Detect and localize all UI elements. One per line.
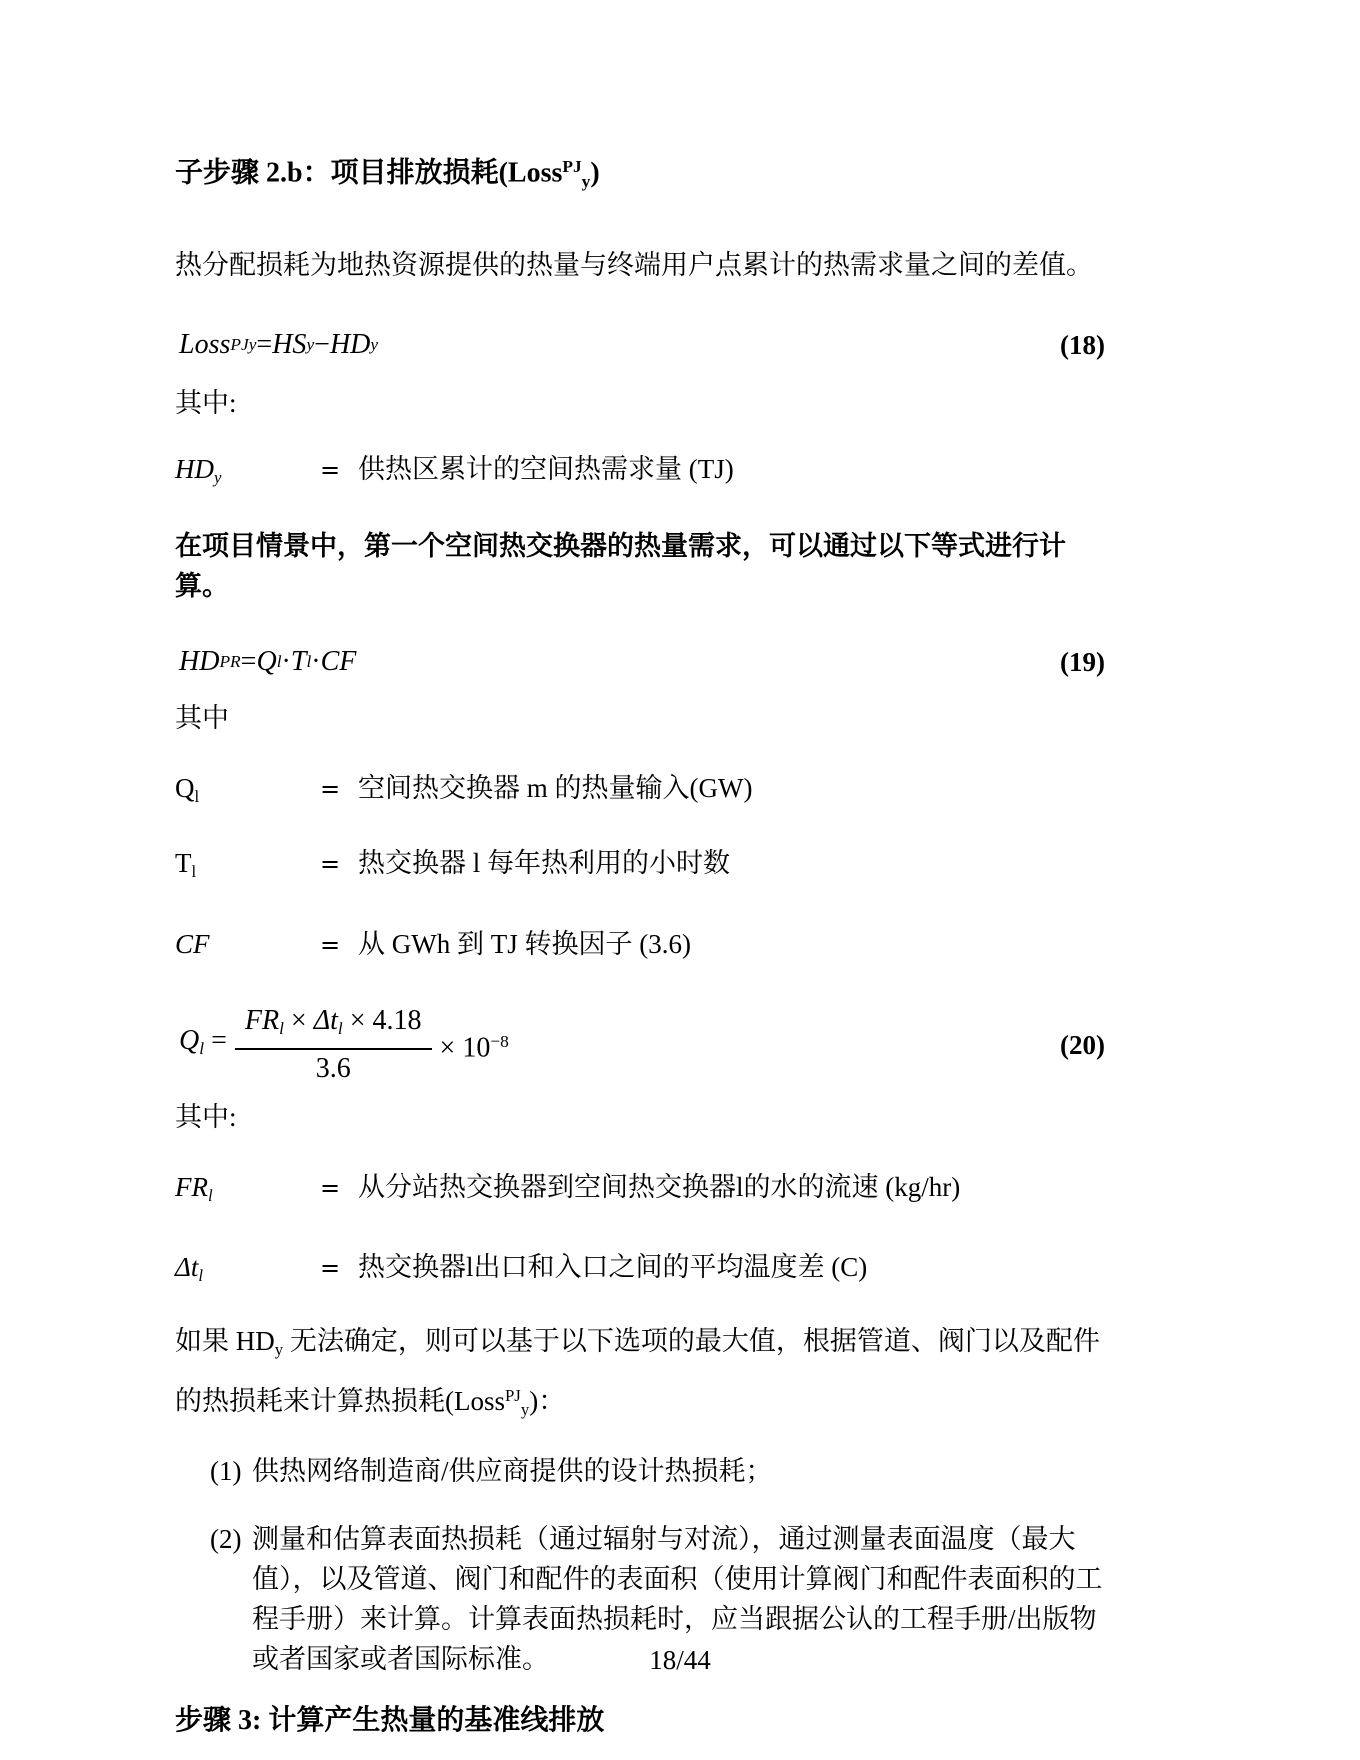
definition-row-frl: FRl = 从分站热交换器到空间热交换器l的水的流速 (kg/hr) — [175, 1167, 1105, 1216]
fraction-denominator: 3.6 — [235, 1050, 432, 1087]
definition-desc-frl: 从分站热交换器到空间热交换器l的水的流速 (kg/hr) — [358, 1167, 1105, 1207]
document-page: { "colors": { "text": "#000000", "backgr… — [0, 0, 1360, 1760]
substep-2b-heading: 子步骤 2.b：项目排放损耗(LossPJy) — [175, 148, 1105, 201]
equation-20-suffix: × 10−8 — [440, 1022, 509, 1069]
project-scenario-paragraph: 在项目情景中，第一个空间热交换器的热量需求，可以通过以下等式进行计算。 — [175, 526, 1105, 606]
definition-term-hdy: HDy — [175, 449, 320, 498]
document-content: 子步骤 2.b：项目排放损耗(LossPJy) 热分配损耗为地热资源提供的热量与… — [175, 148, 1105, 1740]
intro-paragraph: 热分配损耗为地热资源提供的热量与终端用户点累计的热需求量之间的差值。 — [175, 245, 1105, 285]
definition-desc-dtl: 热交换器l出口和入口之间的平均温度差 (C) — [358, 1247, 1105, 1287]
equals-sign: = — [320, 1248, 358, 1288]
equation-18: LossPJy = HSy − HDy (18) — [175, 325, 1105, 365]
equation-20-lhs: Ql = — [179, 1021, 227, 1069]
fraction-numerator: FRl × Δtl × 4.18 — [235, 1003, 432, 1050]
equation-19-formula: HDPR = Ql · Tl · CF — [175, 642, 356, 682]
fallback-options-paragraph: 如果 HDy 无法确定，则可以基于以下选项的最大值，根据管道、阀门以及配件的热损… — [175, 1318, 1105, 1433]
fraction: FRl × Δtl × 4.18 3.6 — [235, 1003, 432, 1087]
definition-term-tl: Tl — [175, 843, 320, 892]
where-label-1: 其中: — [175, 383, 1105, 423]
definition-term-dtl: Δtl — [175, 1247, 320, 1296]
where-label-3: 其中: — [175, 1097, 1105, 1137]
definition-desc-hdy: 供热区累计的空间热需求量 (TJ) — [358, 449, 1105, 489]
equals-sign: = — [320, 769, 358, 809]
definition-row-hdy: HDy = 供热区累计的空间热需求量 (TJ) — [175, 449, 1105, 498]
definition-row-dtl: Δtl = 热交换器l出口和入口之间的平均温度差 (C) — [175, 1247, 1105, 1296]
equation-19: HDPR = Ql · Tl · CF (19) — [175, 642, 1105, 682]
equation-20-formula: Ql = FRl × Δtl × 4.18 3.6 × 10−8 — [175, 1003, 509, 1087]
definition-desc-ql: 空间热交换器 m 的热量输入(GW) — [358, 768, 1105, 808]
definition-desc-tl: 热交换器 l 每年热利用的小时数 — [358, 843, 1105, 883]
step-3-heading: 步骤 3: 计算产生热量的基准线排放 — [175, 1702, 1105, 1740]
equals-sign: = — [320, 1168, 358, 1208]
list-item-1: (1) 供热网络制造商/供应商提供的设计热损耗； — [175, 1451, 1105, 1491]
equation-18-number: (18) — [1060, 325, 1105, 365]
equation-18-formula: LossPJy = HSy − HDy — [175, 325, 378, 365]
equals-sign: = — [320, 450, 358, 490]
where-label-2: 其中 — [175, 698, 1105, 738]
definition-term-ql: Ql — [175, 768, 320, 817]
definition-row-tl: Tl = 热交换器 l 每年热利用的小时数 — [175, 843, 1105, 892]
list-marker-1: (1) — [210, 1451, 252, 1491]
definition-row-ql: Ql = 空间热交换器 m 的热量输入(GW) — [175, 768, 1105, 817]
definition-desc-cf: 从 GWh 到 TJ 转换因子 (3.6) — [358, 924, 1105, 964]
definition-term-frl: FRl — [175, 1167, 320, 1216]
definition-row-cf: CF = 从 GWh 到 TJ 转换因子 (3.6) — [175, 924, 1105, 965]
equals-sign: = — [320, 925, 358, 965]
definition-term-cf: CF — [175, 924, 320, 964]
equation-19-number: (19) — [1060, 642, 1105, 682]
page-number: 18/44 — [0, 1645, 1360, 1676]
equation-20: Ql = FRl × Δtl × 4.18 3.6 × 10−8 (20) — [175, 1003, 1105, 1087]
list-text-1: 供热网络制造商/供应商提供的设计热损耗； — [252, 1451, 1105, 1491]
equals-sign: = — [320, 844, 358, 884]
equation-20-number: (20) — [1060, 1025, 1105, 1065]
